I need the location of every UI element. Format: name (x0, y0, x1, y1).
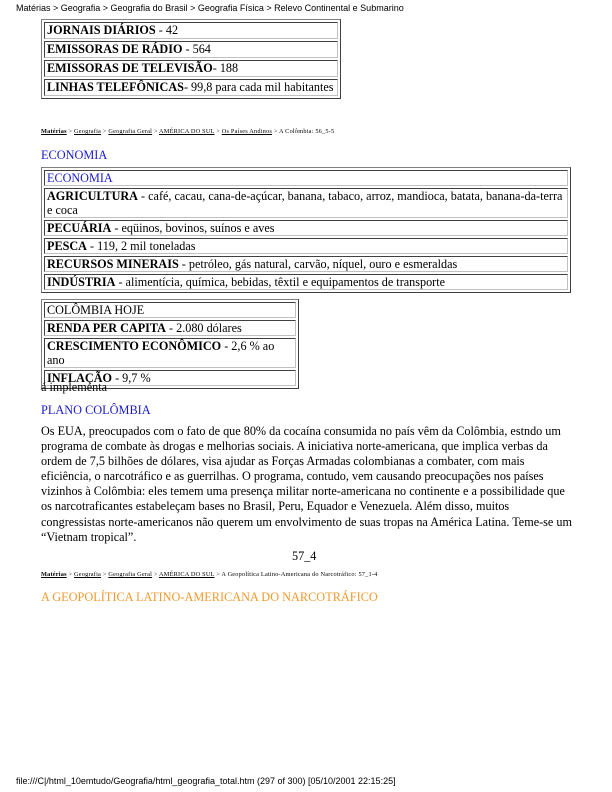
table-row: INDÚSTRIA - alimentícia, química, bebida… (44, 274, 568, 290)
table-row: RENDA PER CAPITA - 2.080 dólares (44, 320, 296, 336)
breadcrumb-link-geografia[interactable]: Geografia (74, 128, 101, 135)
row-value: - 2.080 dólares (166, 321, 242, 335)
breadcrumb-link-america-do-sul[interactable]: AMÉRICA DO SUL (159, 571, 214, 578)
breadcrumb-link-materias[interactable]: Matérias (41, 128, 67, 135)
section-heading-economia: ECONOMIA (41, 148, 107, 163)
breadcrumb: Matérias > Geografia > Geografia Geral >… (41, 571, 378, 578)
row-value: - 188 (213, 61, 238, 75)
print-header-breadcrumb: Matérias > Geografia > Geografia do Bras… (16, 3, 404, 13)
table-header-row: COLÔMBIA HOJE (44, 302, 296, 318)
section-heading-narcotrafico: A GEOPOLÍTICA LATINO-AMERICANA DO NARCOT… (41, 590, 378, 605)
table-row: PECUÁRIA - eqüinos, bovinos, suínos e av… (44, 220, 568, 236)
row-value: - petróleo, gás natural, carvão, níquel,… (179, 257, 458, 271)
section-heading-plano-colombia: PLANO COLÔMBIA (41, 403, 151, 418)
row-value: - 564 (182, 42, 210, 56)
economia-table: ECONOMIA AGRICULTURA - café, cacau, cana… (41, 167, 571, 293)
row-value: - 119, 2 mil toneladas (87, 239, 196, 253)
row-label: EMISSORAS DE TELEVISÃO (47, 61, 213, 75)
table-row: EMISSORAS DE RÁDIO - 564 (44, 41, 338, 58)
table-row: PESCA - 119, 2 mil toneladas (44, 238, 568, 254)
row-label: INDÚSTRIA (47, 275, 115, 289)
row-value: - 99,8 para cada mil habitantes (184, 80, 334, 94)
page-number: 57_4 (292, 549, 316, 564)
breadcrumb: Matérias > Geografia > Geografia Geral >… (41, 128, 334, 135)
row-value: - 42 (156, 23, 178, 37)
breadcrumb-link-paises-andinos[interactable]: Os Países Andinos (222, 128, 272, 135)
table-row: EMISSORAS DE TELEVISÃO- 188 (44, 60, 338, 77)
breadcrumb-link-materias[interactable]: Matérias (41, 571, 67, 578)
row-label: LINHAS TELEFÔNICAS (47, 80, 184, 94)
row-label: PESCA (47, 239, 87, 253)
table-row: JORNAIS DIÁRIOS - 42 (44, 22, 338, 39)
table-row: AGRICULTURA - café, cacau, cana-de-açúca… (44, 188, 568, 218)
breadcrumb-link-geografia-geral[interactable]: Geografia Geral (108, 128, 152, 135)
breadcrumb-link-geografia[interactable]: Geografia (74, 571, 101, 578)
row-label: RENDA PER CAPITA (47, 321, 166, 335)
media-stats-table: JORNAIS DIÁRIOS - 42 EMISSORAS DE RÁDIO … (41, 19, 341, 99)
row-label: JORNAIS DIÁRIOS (47, 23, 156, 37)
breadcrumb-current: A Colômbia: 56_5-5 (279, 128, 334, 135)
colombia-hoje-table: COLÔMBIA HOJE RENDA PER CAPITA - 2.080 d… (41, 299, 299, 389)
breadcrumb-current: A Geopolítica Latino-Americana do Narcot… (221, 571, 377, 578)
row-label: PECUÁRIA (47, 221, 111, 235)
breadcrumb-link-geografia-geral[interactable]: Geografia Geral (108, 571, 152, 578)
table-title: COLÔMBIA HOJE (44, 302, 296, 318)
row-label: EMISSORAS DE RÁDIO (47, 42, 182, 56)
table-row: RECURSOS MINERAIS - petróleo, gás natura… (44, 256, 568, 272)
row-label: AGRICULTURA (47, 189, 138, 203)
table-title: ECONOMIA (44, 170, 568, 186)
row-value: - alimentícia, química, bebidas, têxtil … (115, 275, 445, 289)
breadcrumb-link-america-do-sul[interactable]: AMÉRICA DO SUL (159, 128, 214, 135)
print-footer-url: file:///C|/html_10emtudo/Geografia/html_… (16, 776, 396, 786)
row-value: - eqüinos, bovinos, suínos e aves (111, 221, 274, 235)
table-row: LINHAS TELEFÔNICAS- 99,8 para cada mil h… (44, 79, 338, 96)
stray-text: á implementa (41, 380, 107, 395)
row-value: - 9,7 % (112, 371, 151, 385)
row-label: CRESCIMENTO ECONÔMICO (47, 339, 221, 353)
table-header-row: ECONOMIA (44, 170, 568, 186)
table-row: CRESCIMENTO ECONÔMICO - 2,6 % ao ano (44, 338, 296, 368)
row-label: RECURSOS MINERAIS (47, 257, 179, 271)
paragraph-plano-colombia: Os EUA, preocupados com o fato de que 80… (41, 424, 576, 545)
